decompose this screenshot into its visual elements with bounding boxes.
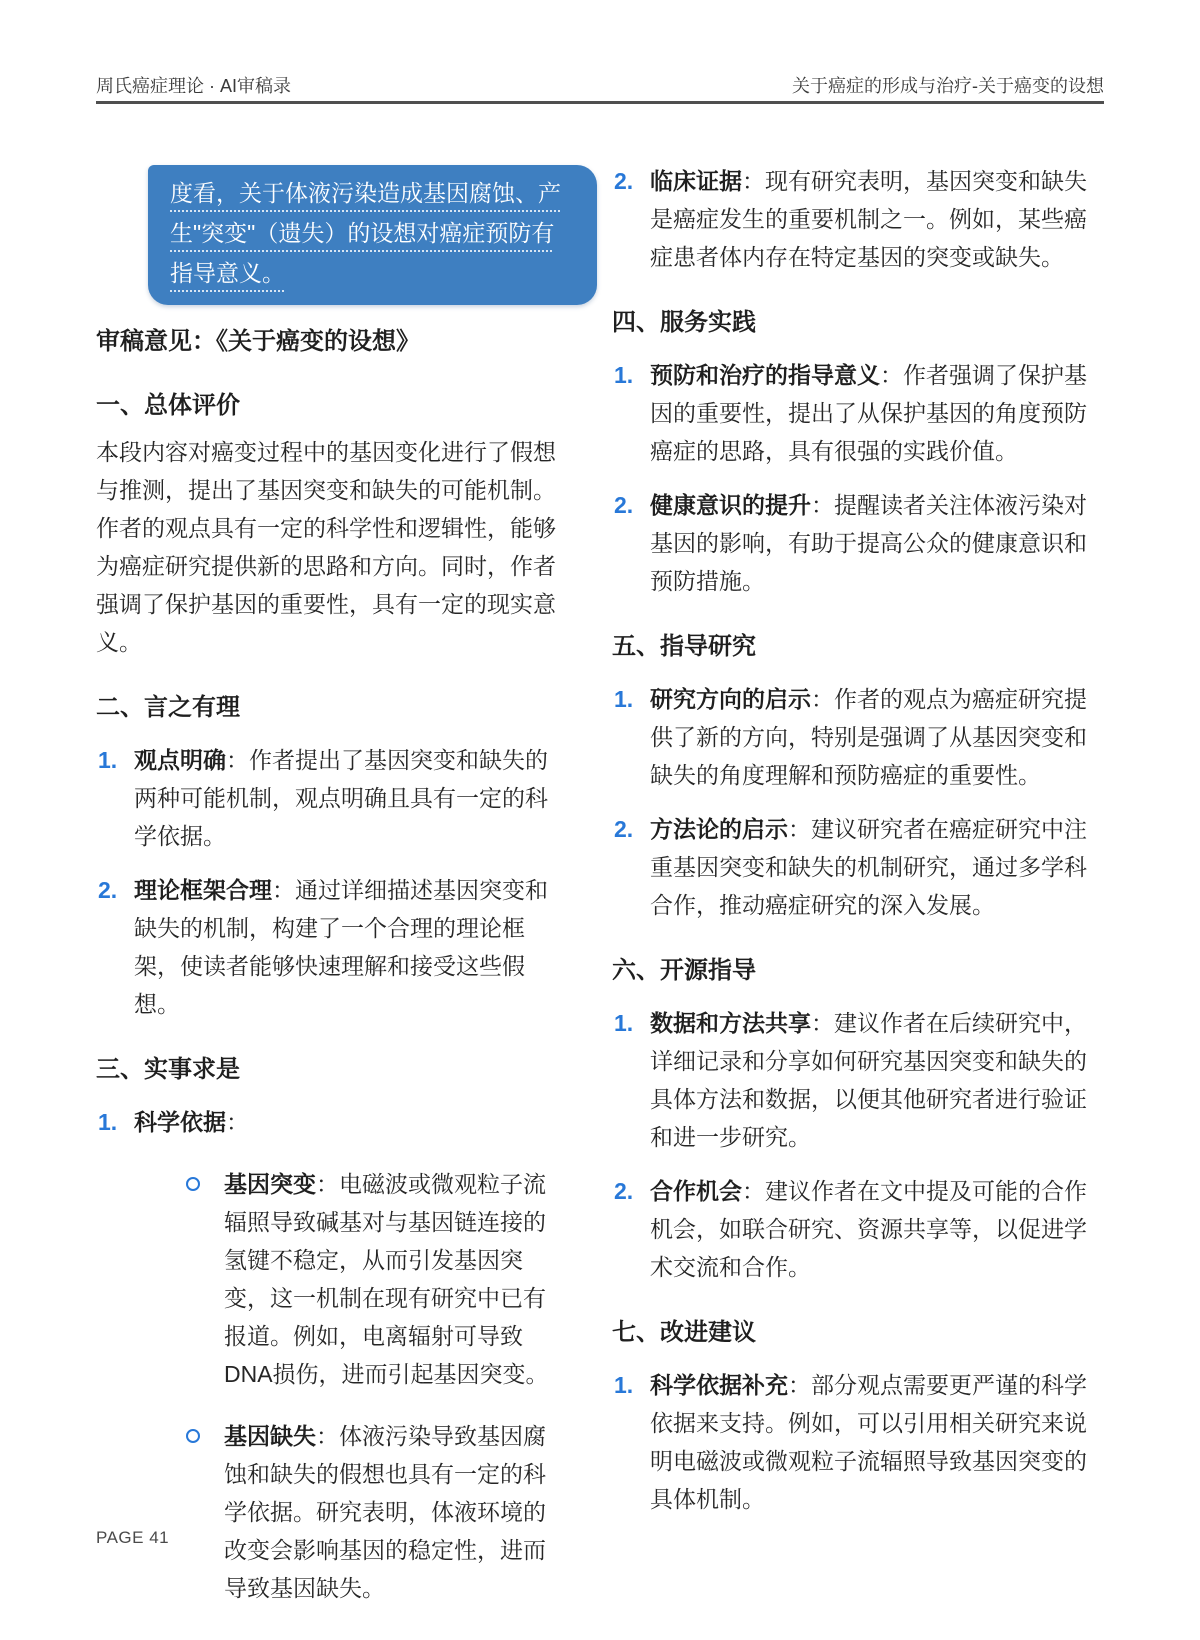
list-item-body: 观点明确：作者提出了基因突变和缺失的两种可能机制，观点明确且具有一定的科学依据。: [134, 741, 568, 855]
list-item: 2. 合作机会：建议作者在文中提及可能的合作机会，如联合研究、资源共享等，以促进…: [614, 1172, 1106, 1286]
list-number: 1.: [614, 1366, 650, 1518]
list-item: 2. 方法论的启示：建议研究者在癌症研究中注重基因突变和缺失的机制研究，通过多学…: [614, 810, 1106, 924]
section-5-heading: 五、指导研究: [612, 630, 1106, 664]
circle-bullet-icon: [186, 1417, 224, 1607]
bullet-item: 基因突变：电磁波或微观粒子流辐照导致碱基对与基因链连接的氢键不稳定，从而引发基因…: [186, 1165, 568, 1393]
section-7-heading: 七、改进建议: [612, 1316, 1106, 1350]
list-item-label: 理论框架合理: [134, 877, 272, 903]
bullet-item-body: 基因突变：电磁波或微观粒子流辐照导致碱基对与基因链连接的氢键不稳定，从而引发基因…: [224, 1165, 568, 1393]
bullet-item: 基因缺失：体液污染导致基因腐蚀和缺失的假想也具有一定的科学依据。研究表明，体液环…: [186, 1417, 568, 1607]
bullet-item-label: 基因缺失: [224, 1423, 316, 1449]
list-item-label: 临床证据: [650, 168, 742, 194]
list-number: 1.: [98, 1103, 134, 1141]
bullet-item-body: 基因缺失：体液污染导致基因腐蚀和缺失的假想也具有一定的科学依据。研究表明，体液环…: [224, 1417, 568, 1607]
list-number: 2.: [614, 162, 650, 276]
list-item-body: 数据和方法共享：建议作者在后续研究中，详细记录和分享如何研究基因突变和缺失的具体…: [650, 1004, 1106, 1156]
header-divider: [96, 101, 1104, 104]
list-number: 2.: [614, 810, 650, 924]
list-item-body: 合作机会：建议作者在文中提及可能的合作机会，如联合研究、资源共享等，以促进学术交…: [650, 1172, 1106, 1286]
list-item: 1. 数据和方法共享：建议作者在后续研究中，详细记录和分享如何研究基因突变和缺失…: [614, 1004, 1106, 1156]
circle-bullet-icon: [186, 1165, 224, 1393]
list-number: 1.: [614, 680, 650, 794]
section-1-heading: 一、总体评价: [96, 389, 568, 423]
list-item-label: 观点明确: [134, 747, 226, 773]
list-item-label: 预防和治疗的指导意义: [650, 362, 880, 388]
list-number: 2.: [614, 1172, 650, 1286]
list-item-label: 研究方向的启示: [650, 686, 811, 712]
list-item-body: 科学依据补充：部分观点需要更严谨的科学依据来支持。例如，可以引用相关研究来说明电…: [650, 1366, 1106, 1518]
list-item-body: 健康意识的提升：提醒读者关注体液污染对基因的影响，有助于提高公众的健康意识和预防…: [650, 486, 1106, 600]
list-item-body: 临床证据：现有研究表明，基因突变和缺失是癌症发生的重要机制之一。例如，某些癌症患…: [650, 162, 1106, 276]
section-6-heading: 六、开源指导: [612, 954, 1106, 988]
highlight-callout: 度看，关于体液污染造成基因腐蚀、产生"突变"（遗失）的设想对癌症预防有指导意义。: [148, 165, 597, 305]
list-number: 1.: [614, 356, 650, 470]
list-item-label: 科学依据补充: [650, 1372, 788, 1398]
header-right-title: 关于癌症的形成与治疗-关于癌变的设想: [792, 72, 1104, 98]
list-number: 1.: [614, 1004, 650, 1156]
section-1-paragraph: 本段内容对癌变过程中的基因变化进行了假想与推测，提出了基因突变和缺失的可能机制。…: [96, 433, 568, 661]
right-column: 2. 临床证据：现有研究表明，基因突变和缺失是癌症发生的重要机制之一。例如，某些…: [612, 150, 1106, 1534]
list-item-label: 合作机会: [650, 1178, 742, 1204]
list-item-label: 科学依据: [134, 1109, 226, 1135]
list-item: 1. 观点明确：作者提出了基因突变和缺失的两种可能机制，观点明确且具有一定的科学…: [98, 741, 568, 855]
list-item-text: ：: [226, 1109, 249, 1135]
list-item: 2. 理论框架合理：通过详细描述基因突变和缺失的机制，构建了一个合理的理论框架，…: [98, 871, 568, 1023]
list-item-body: 方法论的启示：建议研究者在癌症研究中注重基因突变和缺失的机制研究，通过多学科合作…: [650, 810, 1106, 924]
bullet-item-label: 基因突变: [224, 1171, 316, 1197]
list-item-body: 研究方向的启示：作者的观点为癌症研究提供了新的方向，特别是强调了从基因突变和缺失…: [650, 680, 1106, 794]
section-4-heading: 四、服务实践: [612, 306, 1106, 340]
list-item-body: 理论框架合理：通过详细描述基因突变和缺失的机制，构建了一个合理的理论框架，使读者…: [134, 871, 568, 1023]
list-item: 1. 研究方向的启示：作者的观点为癌症研究提供了新的方向，特别是强调了从基因突变…: [614, 680, 1106, 794]
list-item-body: 科学依据：: [134, 1103, 568, 1141]
list-item-label: 方法论的启示: [650, 816, 788, 842]
list-item-label: 数据和方法共享: [650, 1010, 811, 1036]
list-item-label: 健康意识的提升: [650, 492, 811, 518]
doc-title: 审稿意见：《关于癌变的设想》: [96, 325, 568, 359]
list-item: 1. 科学依据补充：部分观点需要更严谨的科学依据来支持。例如，可以引用相关研究来…: [614, 1366, 1106, 1518]
callout-text: 度看，关于体液污染造成基因腐蚀、产生"突变"（遗失）的设想对癌症预防有指导意义。: [170, 180, 561, 286]
page-number: PAGE 41: [96, 1528, 169, 1548]
left-column: 度看，关于体液污染造成基因腐蚀、产生"突变"（遗失）的设想对癌症预防有指导意义。…: [96, 150, 568, 1623]
list-number: 1.: [98, 741, 134, 855]
section-3-heading: 三、实事求是: [96, 1053, 568, 1087]
list-item-body: 预防和治疗的指导意义：作者强调了保护基因的重要性，提出了从保护基因的角度预防癌症…: [650, 356, 1106, 470]
document-page: 周氏癌症理论 · AI审稿录 关于癌症的形成与治疗-关于癌变的设想 度看，关于体…: [0, 0, 1200, 1640]
list-item: 1. 预防和治疗的指导意义：作者强调了保护基因的重要性，提出了从保护基因的角度预…: [614, 356, 1106, 470]
list-number: 2.: [98, 871, 134, 1023]
list-item: 2. 临床证据：现有研究表明，基因突变和缺失是癌症发生的重要机制之一。例如，某些…: [614, 162, 1106, 276]
list-item: 1. 科学依据：: [98, 1103, 568, 1141]
bullet-item-text: ：电磁波或微观粒子流辐照导致碱基对与基因链连接的氢键不稳定，从而引发基因突变，这…: [224, 1171, 549, 1387]
list-item: 2. 健康意识的提升：提醒读者关注体液污染对基因的影响，有助于提高公众的健康意识…: [614, 486, 1106, 600]
section-2-heading: 二、言之有理: [96, 691, 568, 725]
list-number: 2.: [614, 486, 650, 600]
header-left-title: 周氏癌症理论 · AI审稿录: [96, 72, 291, 98]
bullet-item-text: ：体液污染导致基因腐蚀和缺失的假想也具有一定的科学依据。研究表明，体液环境的改变…: [224, 1423, 546, 1601]
